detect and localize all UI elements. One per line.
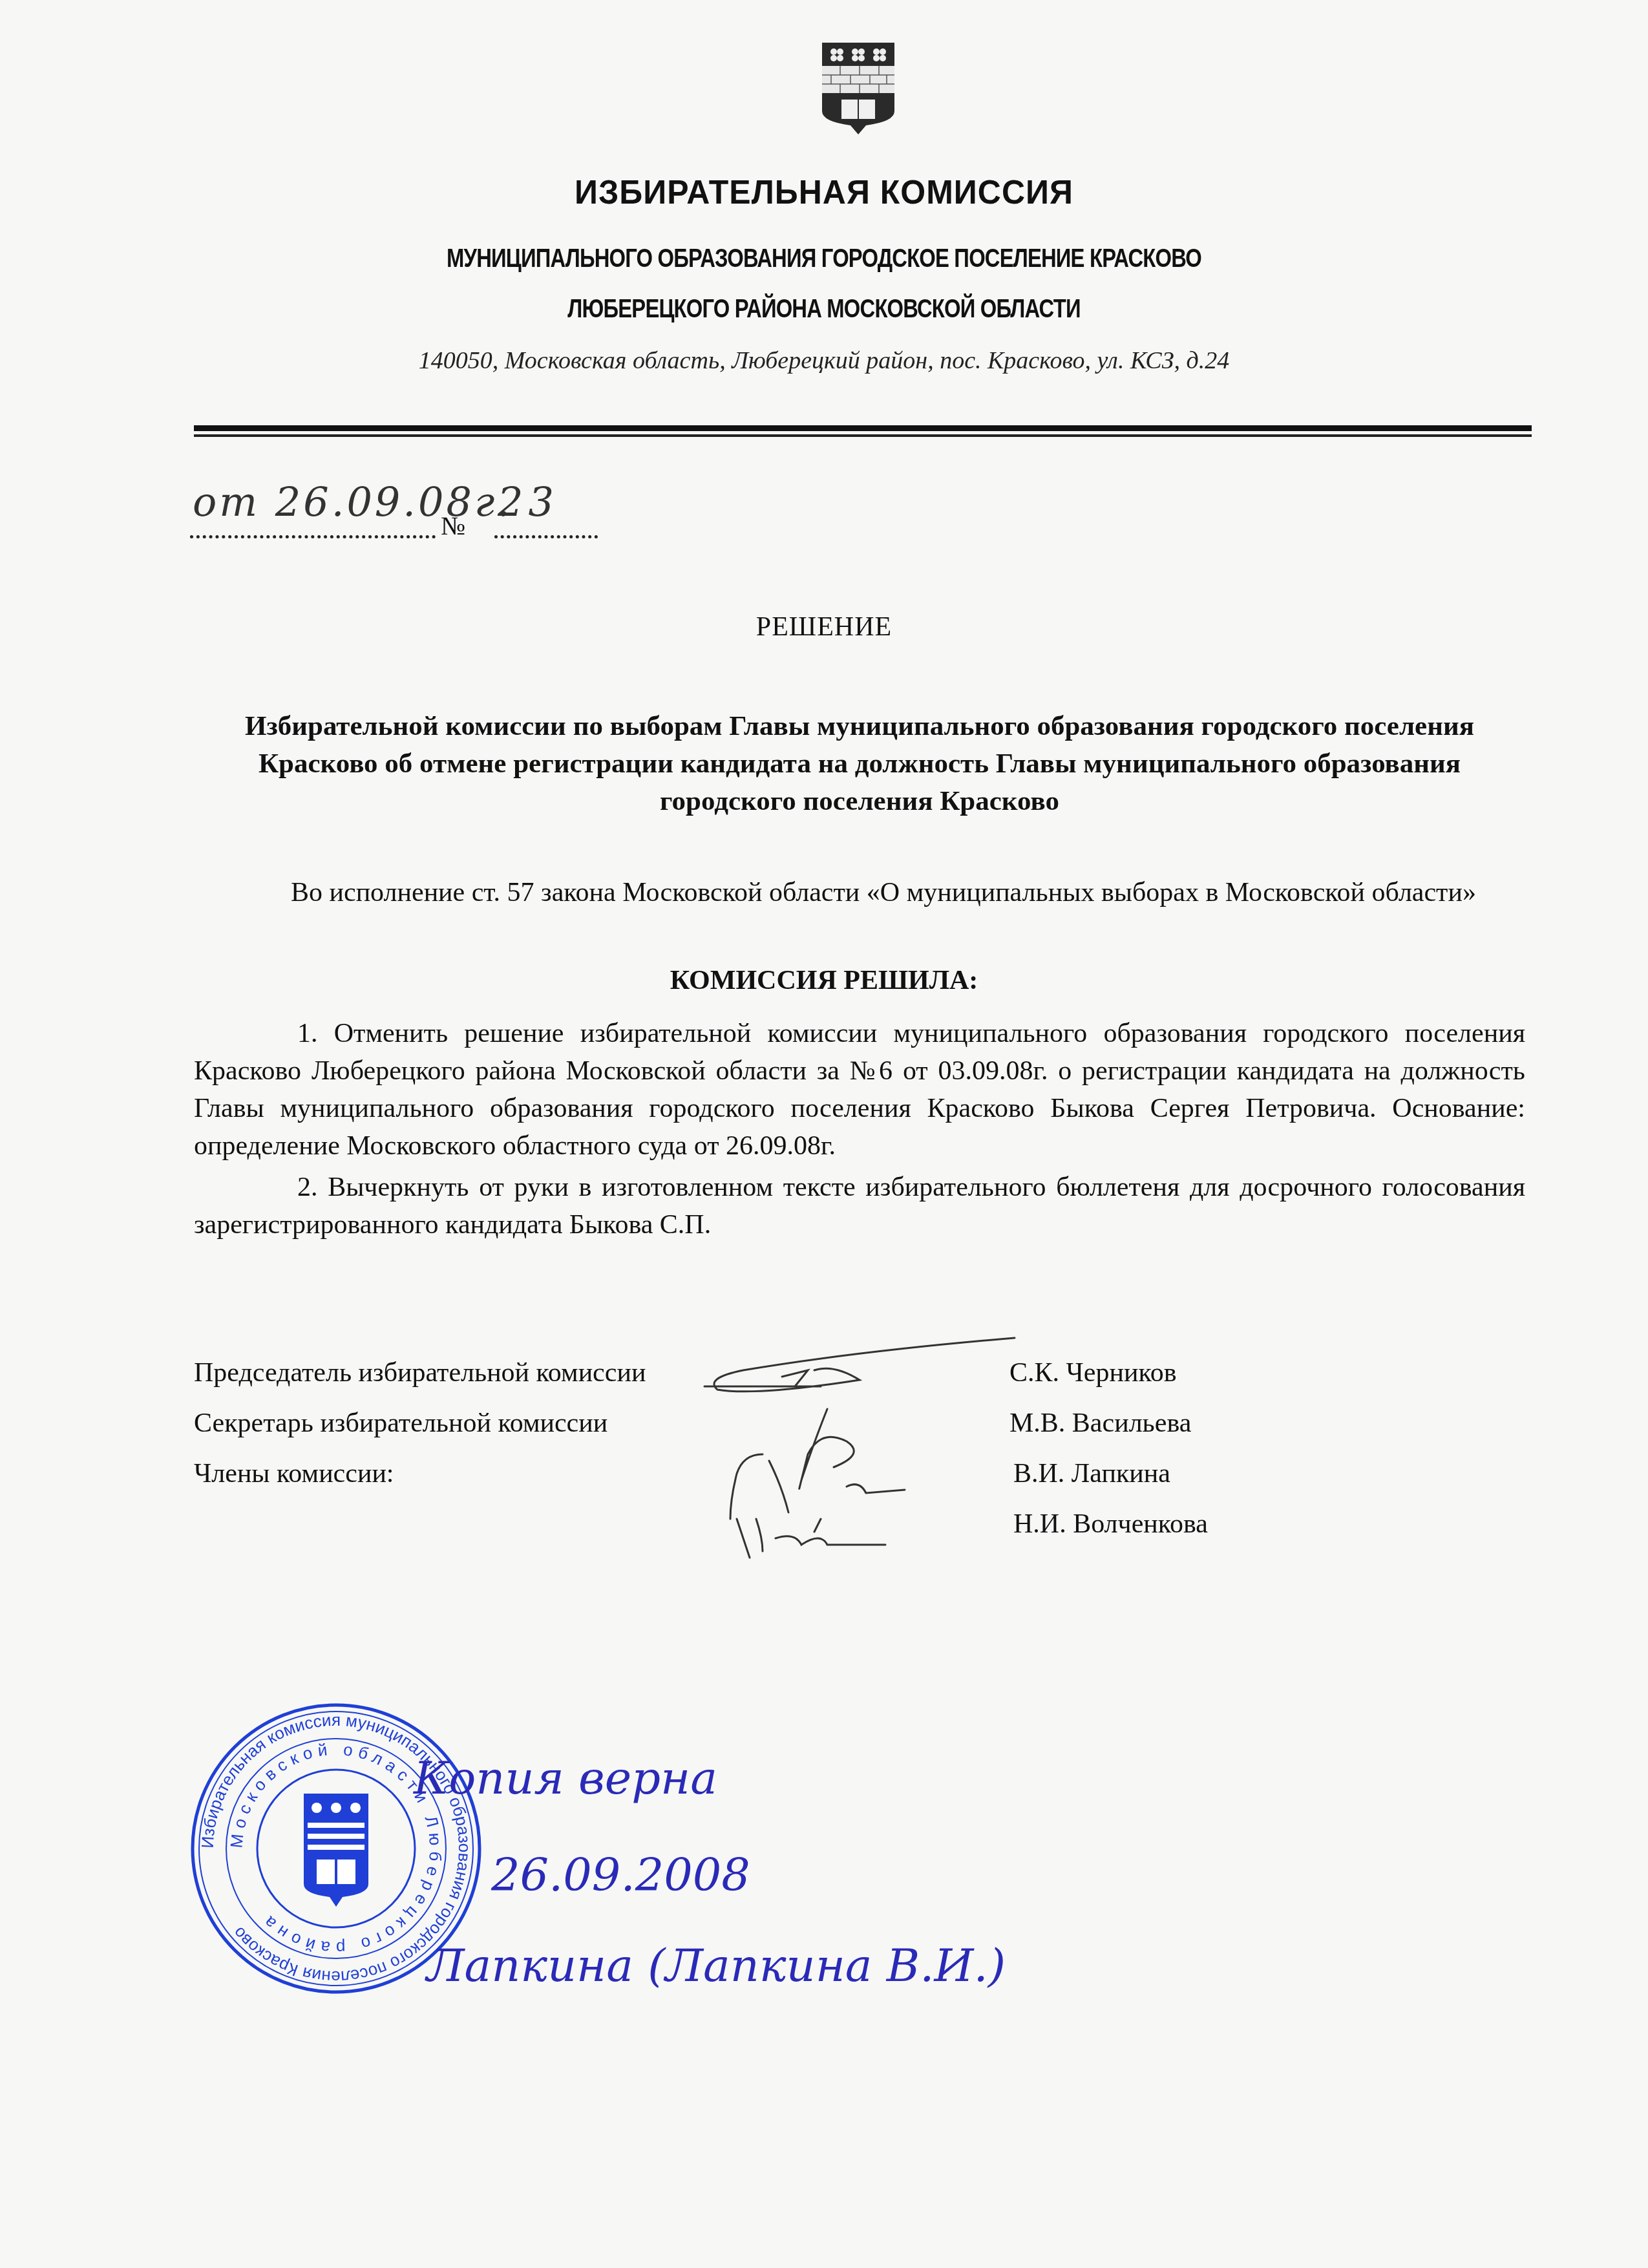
signature-role: Члены комиссии: [194, 1458, 394, 1489]
certification-note: Копия верна 26.09.2008 Лапкина (Лапкина … [414, 1745, 1189, 2017]
header-divider-thin [194, 434, 1532, 437]
signature-role: Председатель избирательной комиссии [194, 1357, 646, 1388]
basis-paragraph: Во исполнение ст. 57 закона Московской о… [194, 874, 1525, 911]
certification-signer: Лапкина (Лапкина В.И.) [427, 1939, 1006, 1992]
number-dotted-line [494, 535, 598, 538]
org-name-line2: МУНИЦИПАЛЬНОГО ОБРАЗОВАНИЯ ГОРОДСКОЕ ПОС… [149, 244, 1500, 273]
handwritten-signatures [666, 1325, 1028, 1571]
signature-role: Секретарь избирательной комиссии [194, 1408, 607, 1439]
org-address: 140050, Московская область, Люберецкий р… [0, 346, 1648, 375]
date-number-line: от 26.09.08г. № 23 [187, 478, 601, 536]
resolution-item-1: 1. Отменить решение избирательной комисс… [194, 1015, 1525, 1165]
signature-name: С.К. Черников [1009, 1357, 1177, 1388]
certification-date: 26.09.2008 [491, 1849, 750, 1902]
certification-copy-correct: Копия верна [414, 1752, 717, 1805]
org-name-line3: ЛЮБЕРЕЦКОГО РАЙОНА МОСКОВСКОЙ ОБЛАСТИ [149, 295, 1500, 324]
document-type: РЕШЕНИЕ [0, 611, 1648, 642]
header-divider-thick [194, 425, 1532, 431]
handwritten-number: 23 [498, 478, 559, 525]
coat-of-arms-icon [819, 40, 897, 137]
org-name-line1: ИЗБИРАТЕЛЬНАЯ КОМИССИЯ [0, 173, 1648, 212]
signature-name: В.И. Лапкина [1013, 1458, 1170, 1489]
signature-name: М.В. Васильева [1009, 1408, 1191, 1439]
number-sign: № [441, 511, 465, 541]
document-title: Избирательной комиссии по выборам Главы … [194, 708, 1525, 820]
resolved-heading: КОМИССИЯ РЕШИЛА: [0, 965, 1648, 996]
resolution-item-2: 2. Вычеркнуть от руки в изготовленном те… [194, 1169, 1525, 1244]
date-dotted-line [190, 535, 436, 538]
signature-name: Н.И. Волченкова [1013, 1509, 1208, 1540]
